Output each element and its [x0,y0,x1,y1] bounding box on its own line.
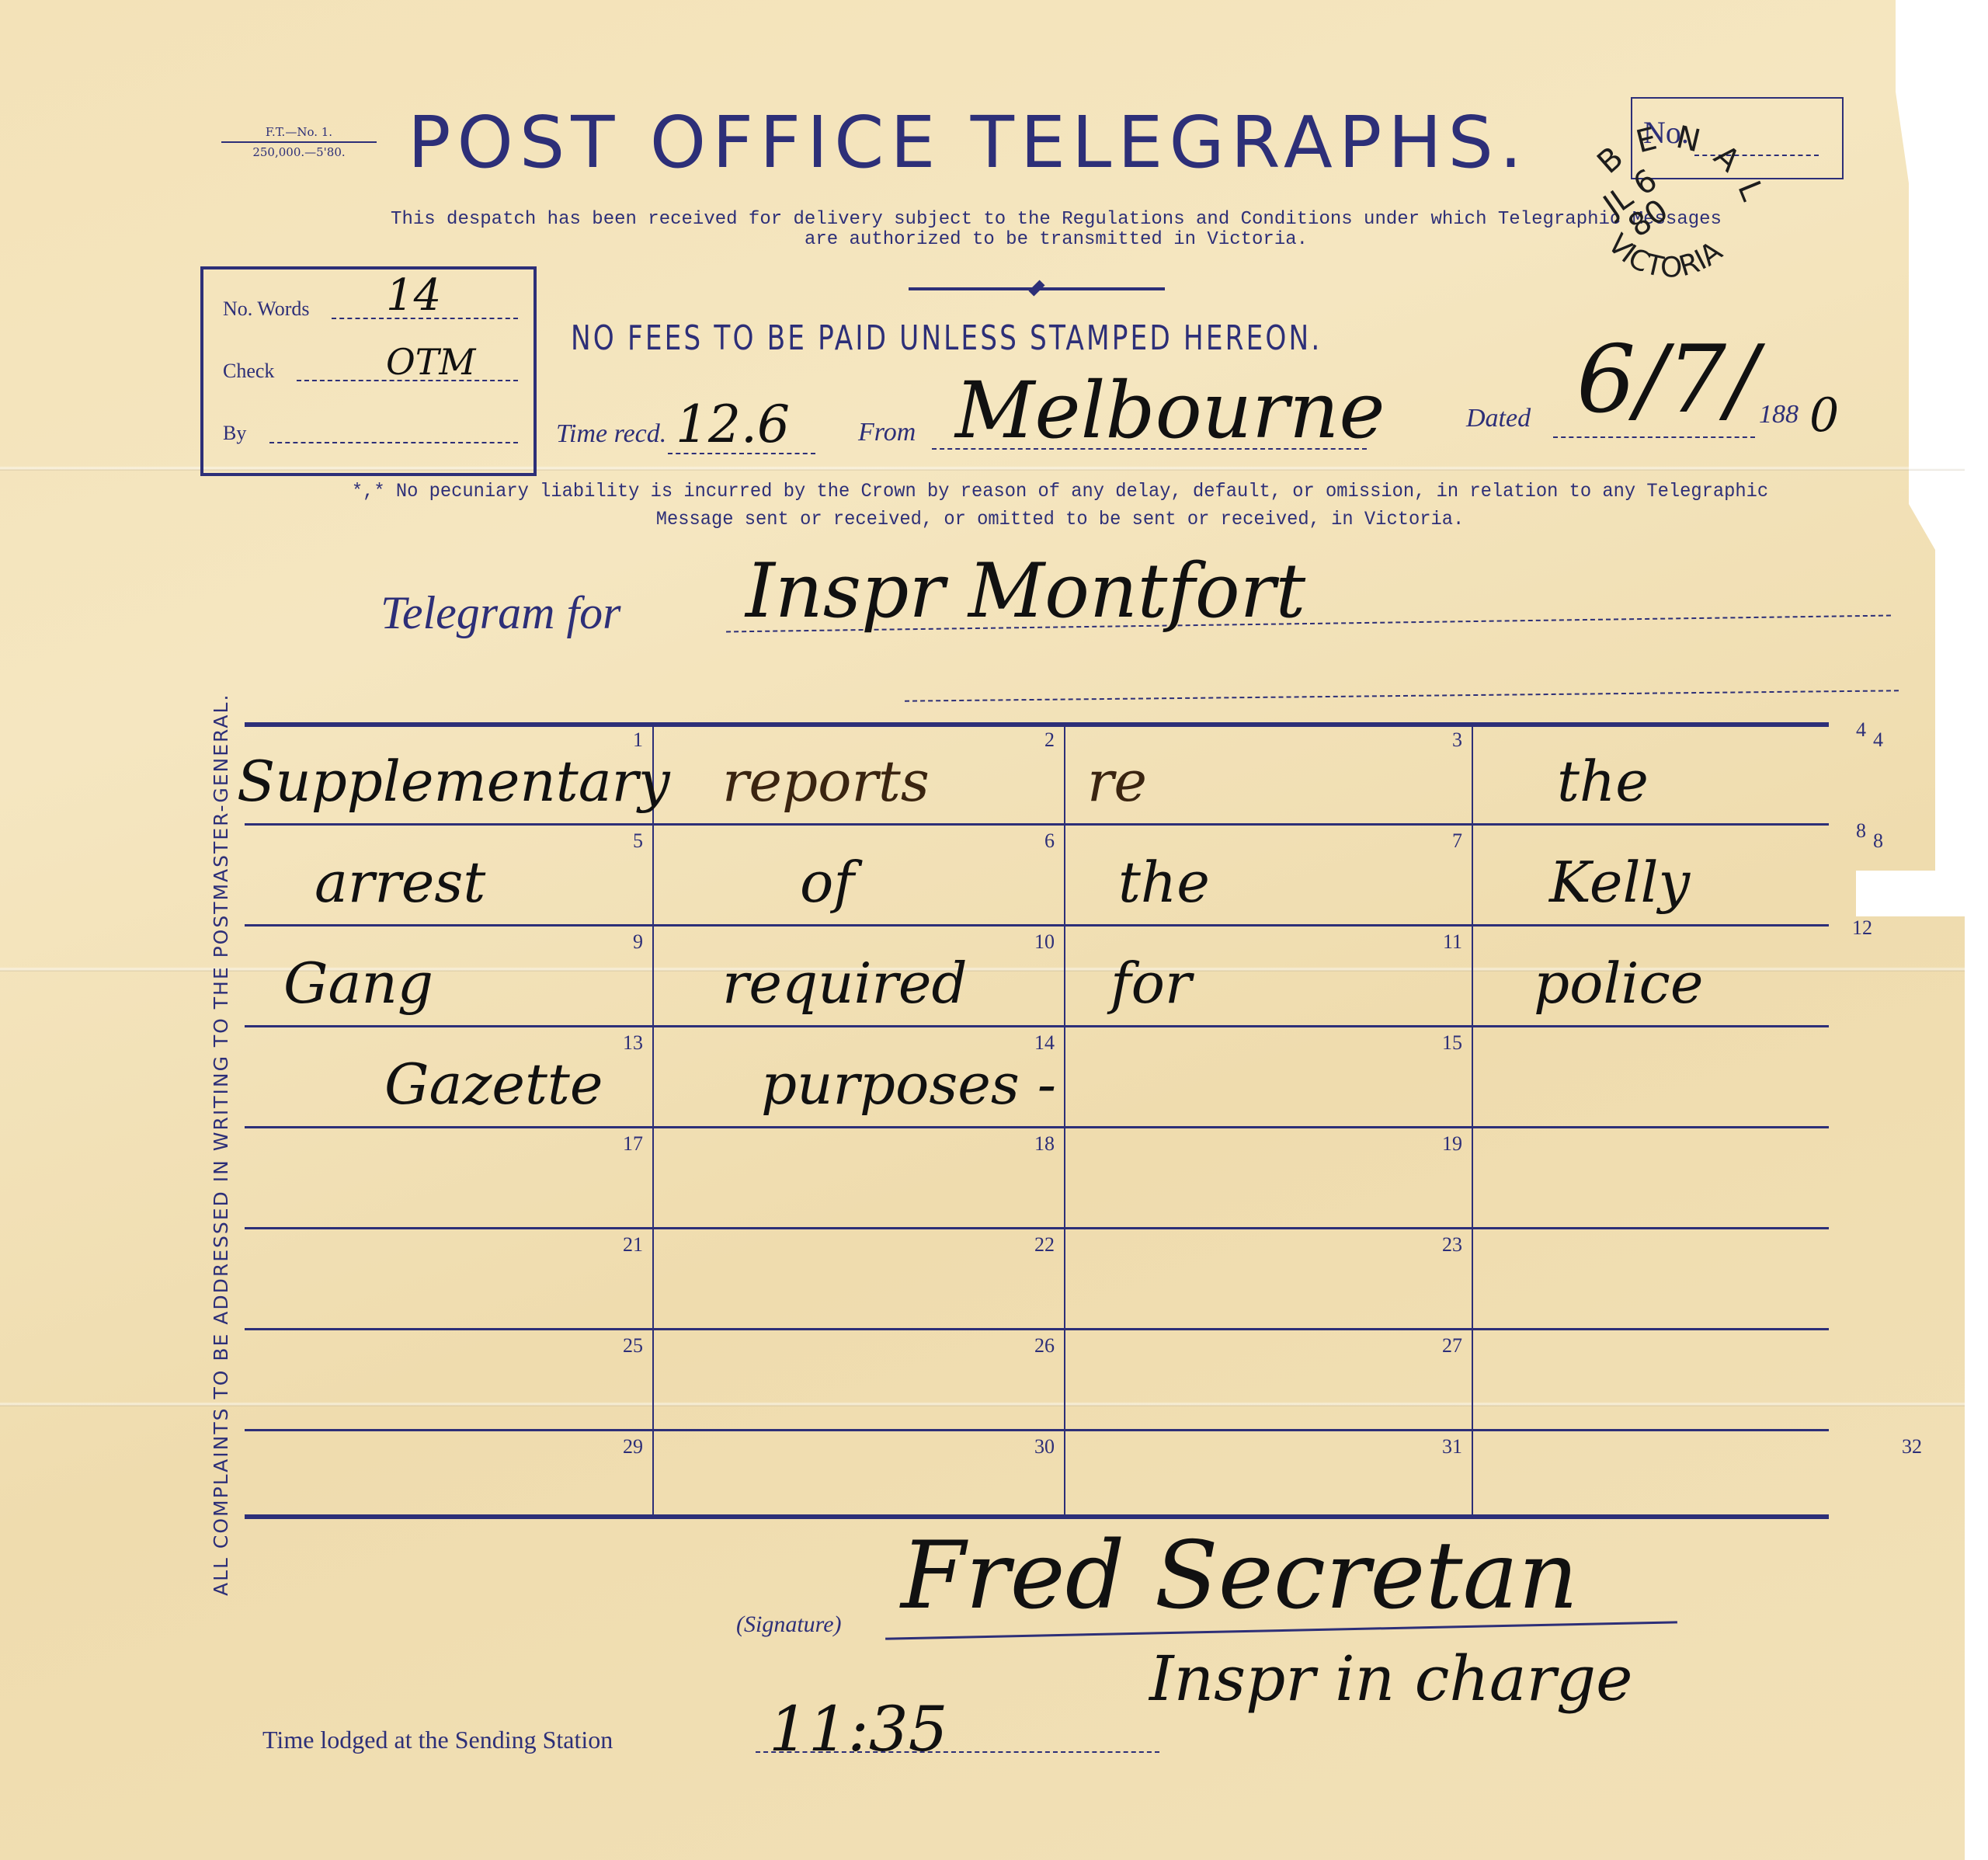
recipient-value: Inspr Montfort [745,548,1305,634]
by-field: By [223,402,518,448]
time-lodged-label: Time lodged at the Sending Station [262,1726,613,1754]
cell-word: re [1087,749,1147,814]
cell-number: 18 [1034,1132,1055,1156]
check-value: OTM [386,341,476,383]
cell-number: 6 [1044,829,1055,853]
grid-cell: 9Gang [245,924,652,1025]
liability-line-1: *,* No pecuniary liability is incurred b… [282,478,1839,506]
cell-number: 22 [1034,1233,1055,1257]
check-label: Check [223,360,274,383]
cell-word: reports [722,749,930,814]
words-value: 14 [386,270,441,321]
cell-word: Gazette [384,1052,603,1117]
time-received-label: Time recd. [556,419,666,449]
grid-cell: 15 [1064,1025,1472,1126]
cell-number: 4 [1873,728,1883,752]
cell-word: the [1557,749,1649,814]
cell-number: 19 [1442,1132,1462,1156]
grid-cell: 30 [652,1429,1064,1514]
grid-cell: 20 [1472,1126,1829,1227]
cell-number: 10 [1034,930,1055,954]
cell-number: 30 [1034,1435,1055,1458]
recipient-label: Telegram for [381,586,621,640]
from-label: From [858,418,916,447]
form-code: F.T.—No. 1. 250,000.—5'80. [221,124,377,160]
grid-cell: 18 [652,1126,1064,1227]
cell-number-flap: 4 [1856,718,1866,742]
grid-bottom-rule [245,1514,1829,1519]
cell-number: 27 [1442,1334,1462,1358]
time-lodged-value: 11:35 [769,1693,948,1765]
liability-notice: *,* No pecuniary liability is incurred b… [282,478,1839,534]
grid-cell: 2reports [652,722,1064,823]
grid-cell: 21 [245,1227,652,1328]
dated-line [1553,436,1755,438]
cell-number: 9 [633,930,643,954]
grid-cell: 31 [1064,1429,1472,1514]
grid-cell: 22 [652,1227,1064,1328]
grid-cell: 8Kelly [1472,823,1829,924]
signature-name: Fred Secretan [901,1522,1578,1630]
form-print-run: 250,000.—5'80. [221,144,377,160]
cell-number: 29 [623,1435,643,1458]
cell-word: police [1534,951,1703,1016]
cell-word: arrest [315,850,485,915]
year-suffix: 0 [1809,388,1839,443]
grid-cell: 29 [245,1429,652,1514]
liability-line-2: Message sent or received, or omitted to … [282,506,1839,534]
cell-word: the [1118,850,1210,915]
message-grid: 1Supplementary 2reports 3re 4the 5arrest… [245,722,1829,1514]
time-received-value: 12.6 [676,395,790,454]
page-title: POST OFFICE TELEGRAPHS. [408,101,1528,184]
grid-cell: 1Supplementary [245,722,652,823]
grid-cell: 5arrest [245,823,652,924]
cell-number: 8 [1873,829,1883,853]
ornament-divider [909,287,1165,290]
cell-word: purposes - [761,1052,1056,1117]
grid-cell: 19 [1064,1126,1472,1227]
cell-number: 11 [1443,930,1462,954]
form-code-number: F.T.—No. 1. [221,124,377,140]
grid-cell: 13Gazette [245,1025,652,1126]
by-label: By [223,422,246,445]
grid-cell: 3re [1064,722,1472,823]
cell-number: 17 [623,1132,643,1156]
cell-word: for [1110,951,1191,1016]
dated-label: Dated [1466,404,1531,433]
cell-number: 2 [1044,728,1055,752]
cell-word: Gang [283,951,433,1016]
cell-number: 25 [623,1334,643,1358]
no-fees-notice: NO FEES TO BE PAID UNLESS STAMPED HEREON… [571,318,1322,358]
grid-cell: 4the [1472,722,1829,823]
grid-cell: 28 [1472,1328,1829,1429]
grid-cell: 10required [652,924,1064,1025]
cell-number: 26 [1034,1334,1055,1358]
grid-cell: 25 [245,1328,652,1429]
cell-word: required [722,951,968,1016]
grid-cell: 23 [1064,1227,1472,1328]
signature-label: (Signature) [736,1611,842,1638]
grid-cell: 7the [1064,823,1472,924]
check-field: Check OTM [223,339,518,386]
cell-word: Supplementary [237,749,670,814]
cell-number-flap: 12 [1852,916,1872,940]
by-line [269,442,518,443]
cell-number: 21 [623,1233,643,1257]
from-value: Melbourne [955,365,1385,456]
words-field: No. Words 14 [223,277,518,324]
grid-cell: 32 [1472,1429,1829,1514]
cell-number: 32 [1902,1435,1922,1458]
postmark-stamp: B E N A L L A VICTORIA JL 6 80 [1569,109,1771,311]
grid-cell: 27 [1064,1328,1472,1429]
word-count-box: No. Words 14 Check OTM By [200,266,537,476]
cell-number: 5 [633,829,643,853]
grid-cell: 6of [652,823,1064,924]
year-prefix: 188 [1759,400,1799,429]
cell-number-flap: 8 [1856,819,1866,843]
cell-number: 13 [623,1031,643,1055]
grid-cell: 11for [1064,924,1472,1025]
grid-cell: 17 [245,1126,652,1227]
grid-cell: 14purposes - [652,1025,1064,1126]
cell-number: 7 [1452,829,1462,853]
cell-number: 23 [1442,1233,1462,1257]
cell-word: Kelly [1549,850,1690,915]
svg-text:VICTORIA: VICTORIA [1601,228,1729,284]
cell-word: of [800,850,854,915]
words-label: No. Words [223,297,310,321]
cell-number: 31 [1442,1435,1462,1458]
grid-cell: 24 [1472,1227,1829,1328]
cell-number: 15 [1442,1031,1462,1055]
signature-title: Inspr in charge [1149,1643,1632,1715]
cell-number: 3 [1452,728,1462,752]
complaints-notice: ALL COMPLAINTS TO BE ADDRESSED IN WRITIN… [210,703,236,1596]
dated-value: 6/7/ [1576,326,1758,434]
form-code-rule [221,141,377,143]
grid-cell: 26 [652,1328,1064,1429]
grid-cell: 12police [1472,924,1829,1025]
grid-cell: 16 [1472,1025,1829,1126]
